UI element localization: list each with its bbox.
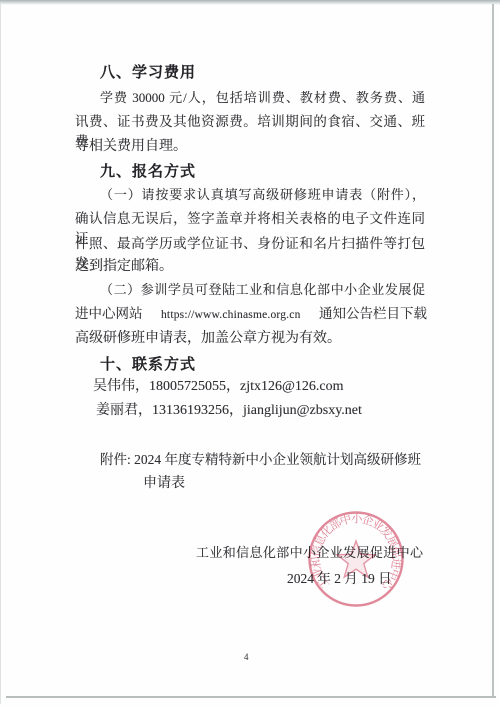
body-line: 学费 30000 元/人，包括培训费、教材费、教务费、通: [100, 88, 425, 108]
section-heading-fees: 八、学习费用: [100, 63, 196, 83]
body-line: （二）参训学员可登陆工业和信息化部中小企业发展促: [100, 280, 425, 300]
section-heading-registration: 九、报名方式: [100, 162, 196, 182]
body-line: （一）请按要求认真填写高级研修班申请表（附件），: [100, 185, 425, 205]
page-number: 4: [244, 647, 249, 667]
body-line: 高级研修班申请表，加盖公章方视为有效。: [75, 329, 341, 349]
scan-edge-top: [0, 0, 500, 5]
contact-line: 吴伟伟，18005725055，zjtx126@126.com: [93, 377, 344, 397]
contact-line: 姜丽君，13136193256，jianglijun@zbsxy.net: [96, 401, 362, 421]
scan-edge-bottom: [6, 696, 496, 698]
signature-date: 2024 年 2 月 19 日: [287, 569, 392, 589]
body-line: 进中心网站 https://www.chinasme.org.cn 通知公告栏目…: [75, 304, 427, 325]
signature-org-name: 工业和信息化部中小企业发展促进中心: [196, 543, 423, 563]
attachment-line: 附件: 2024 年度专精特新中小企业领航计划高级研修班: [100, 450, 421, 470]
scan-edge-right: [492, 4, 494, 698]
body-line: 等相关费用自理。: [75, 137, 187, 157]
attachment-line: 申请表: [143, 474, 185, 494]
body-line: 送到指定邮箱。: [75, 257, 173, 277]
scan-edge-left: [0, 4, 1, 704]
section-heading-contact: 十、联系方式: [100, 355, 196, 375]
website-url-text: https://www.chinasme.org.cn: [161, 305, 301, 325]
line-text: 进中心网站: [75, 304, 143, 324]
document-page: 八、学习费用 学费 30000 元/人，包括培训费、教材费、教务费、通 讯费、证…: [0, 0, 500, 706]
line-text: 通知公告栏目下载: [319, 304, 427, 324]
